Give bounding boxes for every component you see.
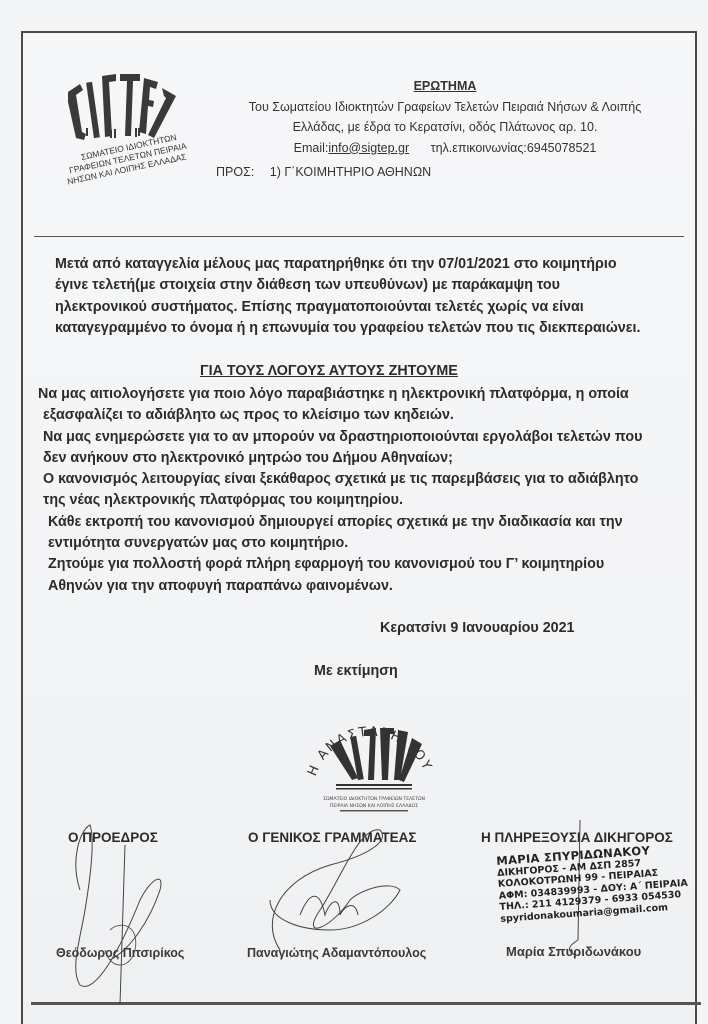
signatory-name-secretary: Παναγιώτης Αδαμαντόπουλος: [247, 946, 426, 960]
email-link[interactable]: info@sigtep.gr: [328, 141, 409, 155]
stamp-small-line2: ΠΕΙΡΑΙΑ ΝΗΣΩΝ ΚΑΙ ΛΟΙΠΗΣ ΕΛΛΑΔΟΣ: [330, 803, 418, 809]
sigtep-logo: ΣΩΜΑΤΕΙΟ ΙΔΙΟΚΤΗΤΩΝ ΓΡΑΦΕΙΩΝ ΤΕΛΕΤΩΝ ΠΕΙ…: [50, 62, 195, 182]
body-line: έγινε τελετή(με στοιχεία στην διάθεση τω…: [55, 275, 685, 296]
signatory-name-president: Θεόδωρος Πιτσιρίκος: [56, 946, 184, 960]
document-title: ΕΡΩΤΗΜΑ: [210, 76, 680, 97]
header-line-1: Του Σωματείου Ιδιοκτητών Γραφείων Τελετώ…: [210, 97, 680, 118]
body-line: καταγεγραμμένο το όνομα ή η επωνυμία του…: [55, 318, 685, 339]
phone-text: τηλ.επικοινωνίας:6945078521: [431, 141, 597, 155]
request-line: Να μας αιτιολογήσετε για ποιο λόγο παραβ…: [38, 384, 688, 405]
header-line-2: Ελλάδας, με έδρα το Κερατσίνι, οδός Πλάτ…: [210, 117, 680, 138]
requests-title: ΓΙΑ ΤΟΥΣ ΛΟΓΟΥΣ ΑΥΤΟΥΣ ΖΗΤΟΥΜΕ: [200, 363, 458, 379]
stamp-small-line1: ΣΩΜΑΤΕΙΟ ΙΔΙΟΚΤΗΤΩΝ ΓΡΑΦΕΙΩΝ ΤΕΛΕΤΩΝ: [323, 796, 425, 802]
lawyer-stamp: ΜΑΡΙΑ ΣΠΥΡΙΔΩΝΑΚΟΥ ΔΙΚΗΓΟΡΟΣ - ΑΜ ΔΣΠ 28…: [496, 842, 700, 925]
request-line: Κάθε εκτροπή του κανονισμού δημιουργεί α…: [38, 512, 688, 533]
request-line: Ο κανονισμός λειτουργίας είναι ξεκάθαρος…: [38, 469, 688, 490]
date-place: Κερατσίνι 9 Ιανουαρίου 2021: [380, 620, 575, 636]
requests-list: Να μας αιτιολογήσετε για ποιο λόγο παραβ…: [38, 384, 688, 597]
email-label: Email:: [294, 141, 329, 155]
request-line: δεν ανήκουν στο ηλεκτρονικό μητρώο του Δ…: [38, 448, 688, 469]
logo-caption: ΣΩΜΑΤΕΙΟ ΙΔΙΟΚΤΗΤΩΝ ΓΡΑΦΕΙΩΝ ΤΕΛΕΤΩΝ ΠΕΙ…: [50, 134, 195, 184]
body-paragraph: Μετά από καταγγελία μέλους μας παρατηρήθ…: [55, 254, 685, 339]
request-line: εξασφαλίζει το αδιάβλητο ως προς το κλεί…: [38, 405, 688, 426]
association-stamp-icon: Η ΑΝΑΣΤΑΣΗ ΤΟΥ ΚΥΡΙΟΥ ΣΩΜΑΤΕΙΟ ΙΔΙΟΚΤΗΤΩ…: [296, 688, 446, 818]
body-line: ηλεκτρονικού συστήματος. Επίσης πραγματο…: [55, 297, 685, 318]
request-line: Να μας ενημερώσετε για το αν μπορούν να …: [38, 427, 688, 448]
request-line: Αθηνών για την αποφυγή παραπάνω φαινομέν…: [38, 576, 688, 597]
signatory-name-lawyer: Μαρία Σπυριδωνάκου: [506, 944, 641, 959]
request-line: εντιμότητα συνεργατών μας στο κοιμητήριο…: [38, 533, 688, 554]
request-line: της νέας ηλεκτρονικής πλατφόρμας του κοι…: [38, 490, 688, 511]
president-signature-icon: [50, 820, 190, 1010]
body-line: Μετά από καταγγελία μέλους μας παρατηρήθ…: [55, 254, 685, 275]
recipient-line: ΠΡΟΣ: 1) Γ΄ΚΟΙΜΗΤΗΡΙΟ ΑΘΗΝΩΝ: [216, 165, 431, 179]
association-stamp: Η ΑΝΑΣΤΑΣΗ ΤΟΥ ΚΥΡΙΟΥ ΣΩΜΑΤΕΙΟ ΙΔΙΟΚΤΗΤΩ…: [296, 688, 446, 818]
contact-line: Email:info@sigtep.gr τηλ.επικοινωνίας:69…: [210, 138, 680, 159]
header-separator: [34, 236, 684, 237]
recipient-value: 1) Γ΄ΚΟΙΜΗΤΗΡΙΟ ΑΘΗΝΩΝ: [270, 165, 431, 179]
request-line: Ζητούμε για πολλοστή φορά πλήρη εφαρμογή…: [38, 554, 688, 575]
regards-text: Με εκτίμηση: [314, 663, 398, 679]
recipient-label: ΠΡΟΣ:: [216, 165, 254, 179]
letter-header: ΕΡΩΤΗΜΑ Του Σωματείου Ιδιοκτητών Γραφείω…: [210, 76, 680, 158]
